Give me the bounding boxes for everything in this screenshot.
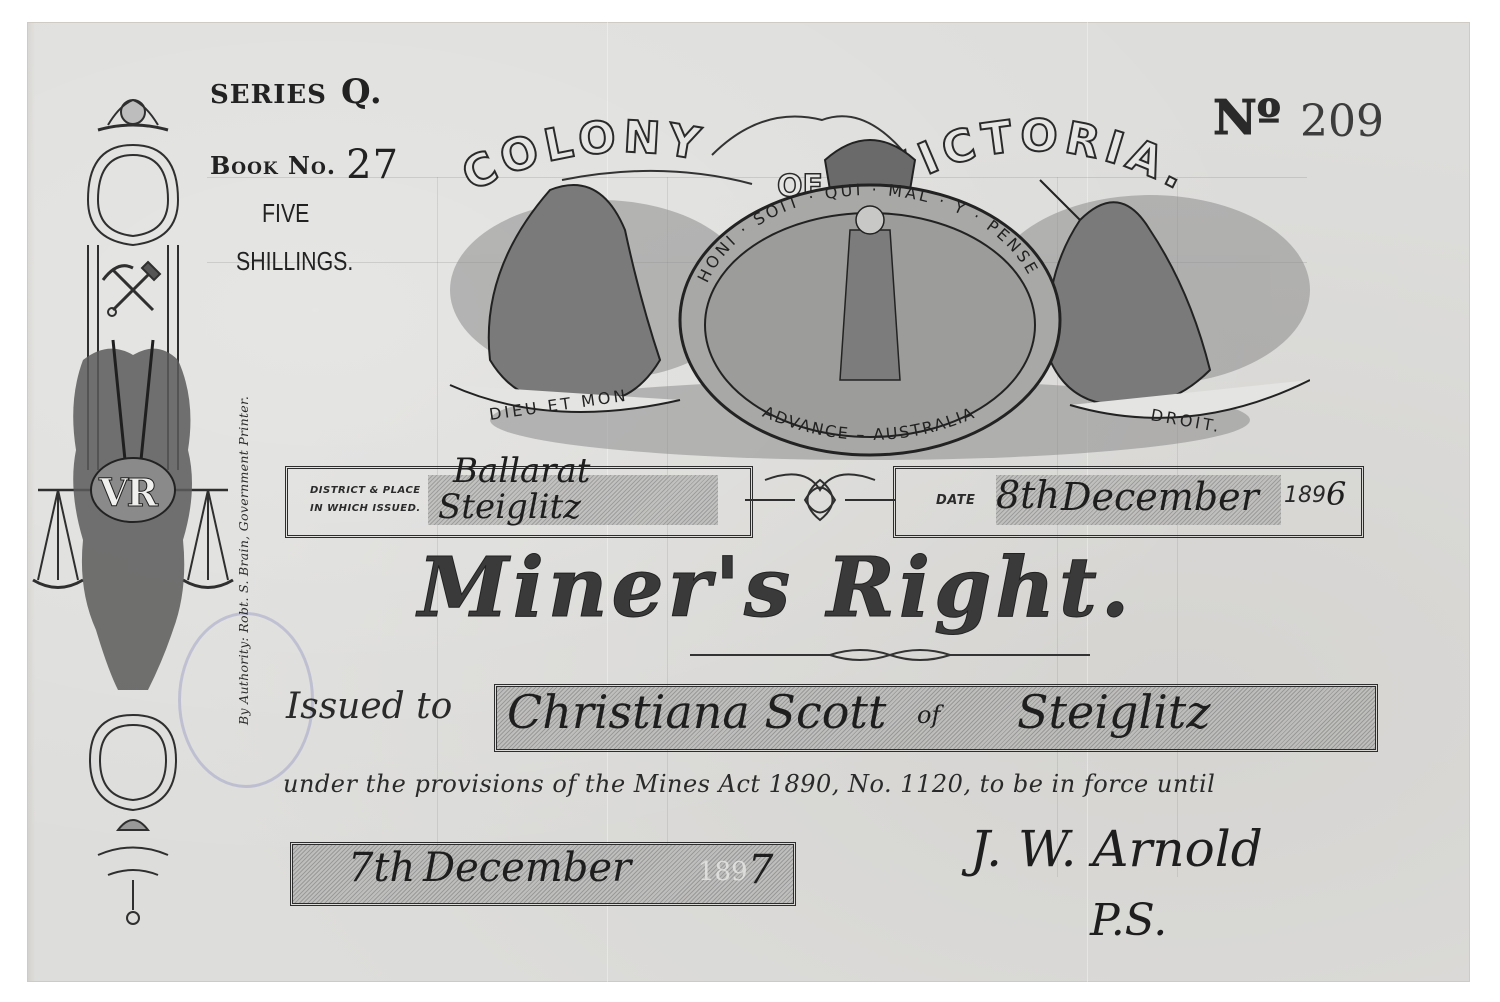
- knot-ornament: [745, 470, 895, 540]
- holder-place: Steiglitz: [1017, 685, 1211, 739]
- issued-to-field: Christiana Scott of Steiglitz: [494, 684, 1378, 752]
- expiry-year-printed: 189: [698, 857, 748, 887]
- coat-of-arms-crest: HONI · SOIT · QUI · MAL · Y · PENSE DIEU…: [430, 120, 1310, 465]
- district-value: Ballarat: [453, 451, 590, 491]
- district-label-line1: DISTRICT & PLACE: [310, 485, 421, 496]
- district-label-line2: IN WHICH ISSUED.: [310, 503, 421, 514]
- date-year-handwritten: 6: [1326, 475, 1346, 513]
- holder-name: Christiana Scott: [507, 685, 886, 739]
- date-year-printed: 189: [1284, 483, 1326, 508]
- expiry-year-handwritten: 7: [748, 847, 773, 893]
- fee-line-1: FIVE: [262, 198, 309, 229]
- date-label: DATE: [936, 493, 975, 508]
- decorative-rule: [690, 645, 1090, 665]
- issued-to-label: Issued to: [286, 686, 452, 727]
- series-value: Q.: [341, 72, 383, 112]
- date-month: December: [1061, 475, 1259, 519]
- place-value: Steiglitz: [438, 487, 581, 527]
- fee-line-2: SHILLINGS.: [236, 246, 353, 277]
- district-place-field: DISTRICT & PLACE IN WHICH ISSUED. Ballar…: [285, 466, 753, 538]
- provisions-text: under the provisions of the Mines Act 18…: [283, 770, 1215, 798]
- date-day: 8th: [996, 473, 1060, 517]
- series-label: SERIESQ.: [210, 72, 383, 112]
- book-text: Book No.: [210, 151, 336, 180]
- expiry-date-field: 7th December 189 7: [290, 842, 796, 906]
- book-number-label: Book No.27: [210, 138, 399, 184]
- book-number: 27: [346, 142, 399, 188]
- expiry-month: December: [423, 845, 631, 891]
- document-heading: Miner's Right.: [418, 540, 1133, 636]
- series-text: SERIES: [210, 80, 327, 110]
- expiry-day: 7th: [348, 845, 415, 891]
- issue-date-field: DATE 8th December 189 6: [893, 466, 1364, 538]
- issuer-signature: J. W. Arnold: [970, 820, 1263, 878]
- certificate-number: 209: [1300, 96, 1384, 147]
- of-word: of: [917, 701, 940, 729]
- printer-credit: By Authority: Robt. S. Brain, Government…: [236, 396, 251, 725]
- vr-monogram: VR: [99, 470, 156, 515]
- issuer-title: P.S.: [1090, 895, 1167, 946]
